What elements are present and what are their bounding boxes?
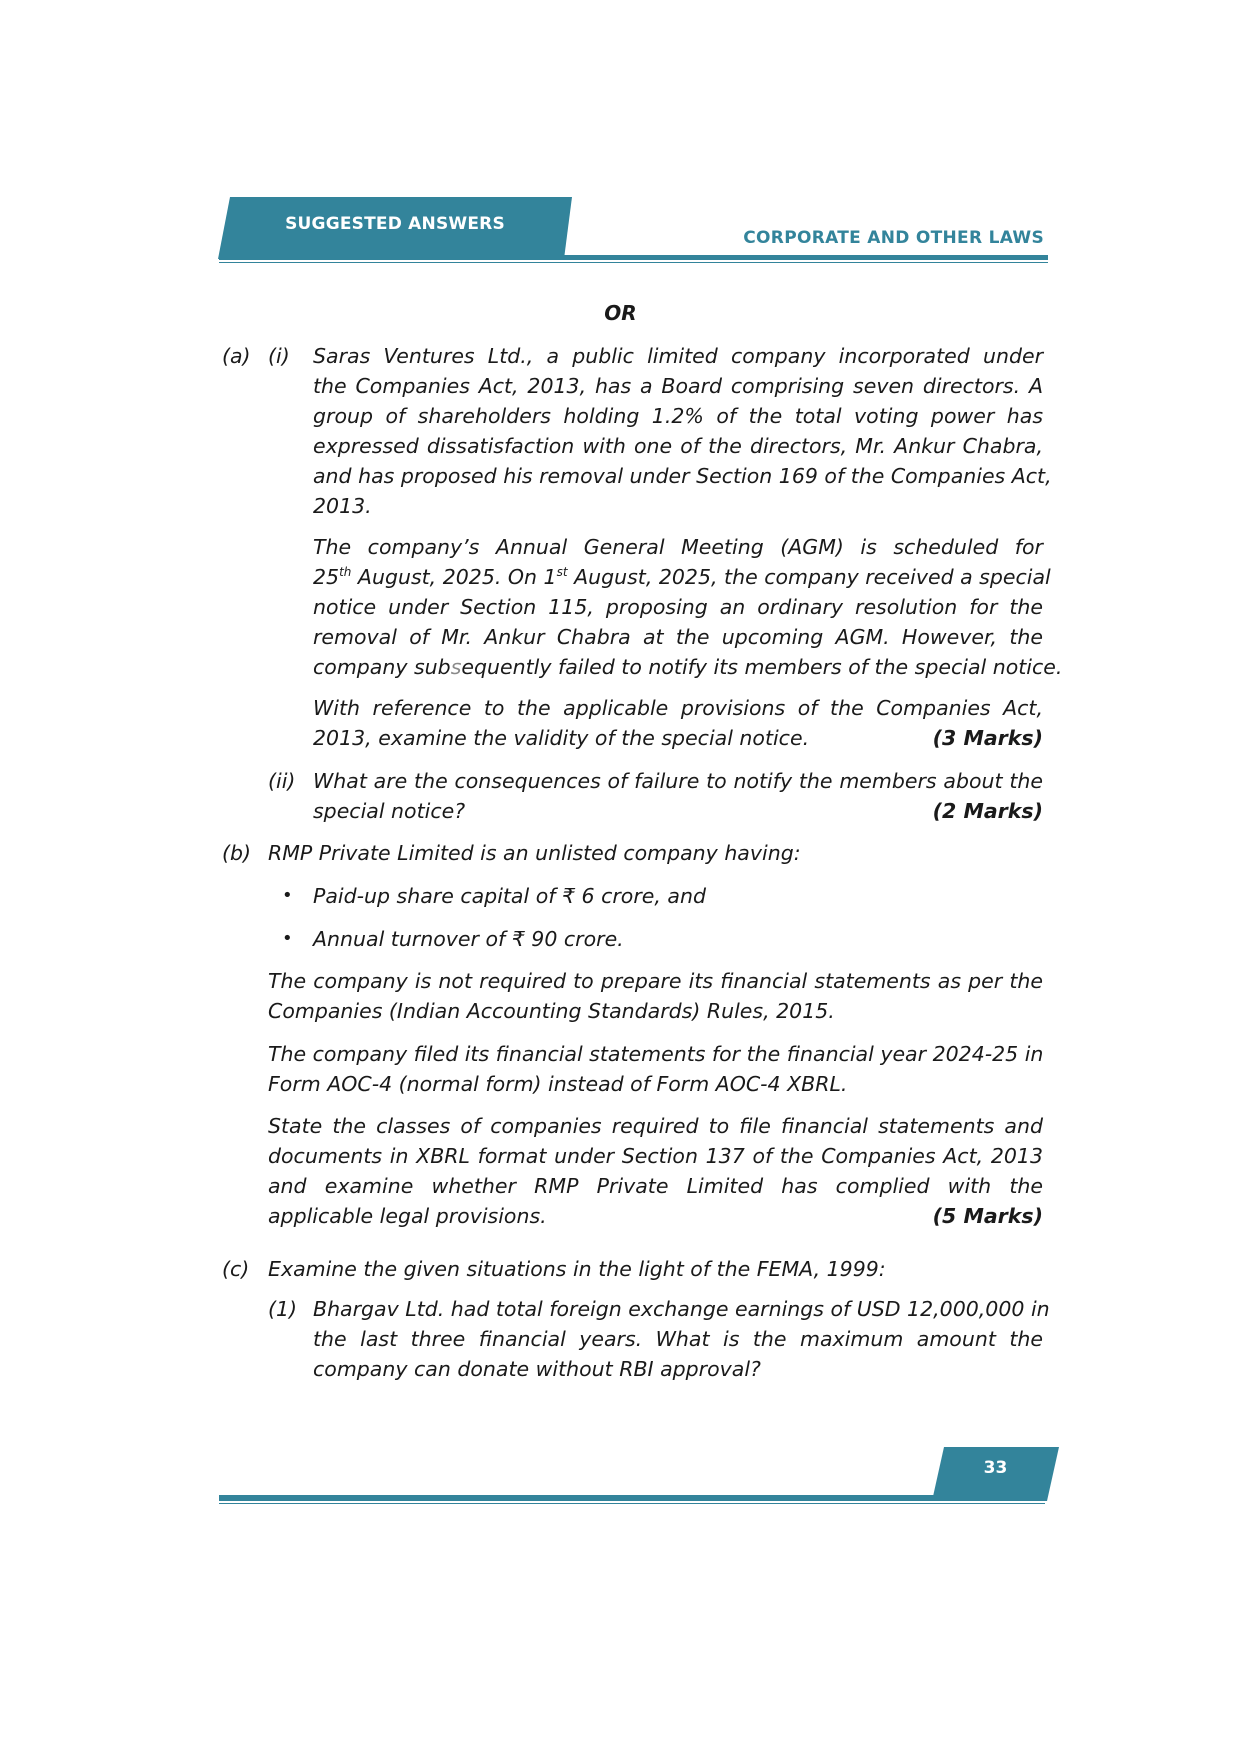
or-separator: OR: [0, 301, 1241, 325]
part-i-label: (i): [268, 341, 290, 371]
bullet-item-turnover: Annual turnover of ₹ 90 crore.: [313, 924, 624, 954]
question-c-intro: Examine the given situations in the ligh…: [268, 1254, 886, 1284]
part-ii-text: What are the consequences of failure to …: [313, 766, 1043, 826]
question-a-label: (a): [222, 341, 251, 371]
marks-5: (5 Marks): [933, 1201, 1043, 1231]
question-b-para-3: State the classes of companies required …: [268, 1111, 1043, 1231]
item-1-label: (1): [268, 1294, 297, 1324]
page-number: 33: [932, 1458, 1059, 1478]
question-b-para-1: The company is not required to prepare i…: [268, 966, 1043, 1026]
footer-divider: [219, 1495, 1045, 1501]
bullet-icon: •: [282, 881, 293, 911]
bullet-item-share-capital: Paid-up share capital of ₹ 6 crore, and: [313, 881, 706, 911]
part-i-para-1: Saras Ventures Ltd., a public limited co…: [313, 341, 1043, 521]
question-b-label: (b): [222, 838, 251, 868]
question-c-item-1: Bhargav Ltd. had total foreign exchange …: [313, 1294, 1043, 1384]
question-b-intro: RMP Private Limited is an unlisted compa…: [268, 838, 801, 868]
question-b-para-2: The company filed its financial statemen…: [268, 1039, 1043, 1099]
part-i-para-3: With reference to the applicable provisi…: [313, 693, 1043, 753]
header-divider: [219, 255, 1048, 260]
question-c-label: (c): [222, 1254, 249, 1284]
header-section-label: SUGGESTED ANSWERS: [218, 214, 572, 234]
part-ii-label: (ii): [268, 766, 295, 796]
bullet-icon: •: [282, 924, 293, 954]
header-divider-thin: [219, 262, 1048, 263]
marks-2: (2 Marks): [933, 796, 1043, 826]
marks-3: (3 Marks): [933, 723, 1043, 753]
part-i-para-2: The company’s Annual General Meeting (AG…: [313, 532, 1043, 682]
footer-divider-thin: [219, 1503, 1045, 1504]
header-subject-title: CORPORATE AND OTHER LAWS: [743, 228, 1044, 248]
